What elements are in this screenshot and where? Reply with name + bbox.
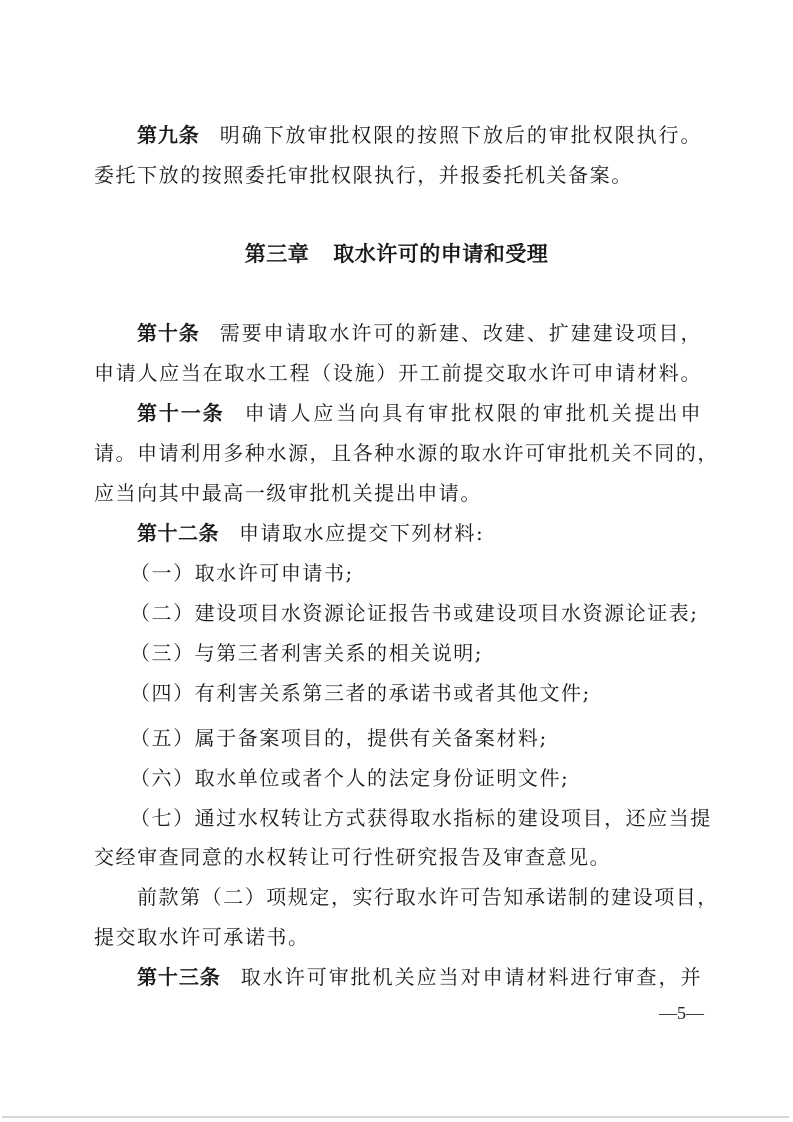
article-11-label: 第十一条 [137,401,225,425]
article-11-line-3: 应当向其中最高一级审批机关提出申请。 [94,473,702,513]
scan-edge-divider [2,1116,789,1118]
document-page: 第九条明确下放审批权限的按照下放后的审批权限执行。 委托下放的按照委托审批权限执… [0,0,793,1122]
article-13-line-1: 第十三条取水许可审批机关应当对申请材料进行审查，并 [94,957,702,997]
article-10-line-2: 申请人应当在取水工程（设施）开工前提交取水许可申请材料。 [94,353,702,393]
article-13-text: 取水许可审批机关应当对申请材料进行审查，并 [241,965,702,989]
article-12-note-line-1: 前款第（二）项规定，实行取水许可告知承诺制的建设项目， [94,877,702,917]
article-9-line-1: 第九条明确下放审批权限的按照下放后的审批权限执行。 [94,115,702,155]
article-12-item-7: （七）通过水权转让方式获得取水指标的建设项目，还应当提 [94,798,702,838]
article-12-line-1: 第十二条申请取水应提交下列材料: [94,513,702,553]
article-12-item-5: （五）属于备案项目的，提供有关备案材料; [94,718,702,758]
article-12-item-4: （四）有利害关系第三者的承诺书或者其他文件; [94,673,702,713]
chapter-title: 取水许可的申请和受理 [333,242,548,266]
article-12-item-7-continued: 交经审查同意的水权转让可行性研究报告及审查意见。 [94,837,702,877]
article-12-label: 第十二条 [137,521,219,545]
article-11-line-2: 请。申请利用多种水源，且各种水源的取水许可审批机关不同的， [94,433,702,473]
article-10-label: 第十条 [137,321,200,345]
article-10-text: 需要申请取水许可的新建、改建、扩建建设项目， [220,321,702,345]
article-9-line-2: 委托下放的按照委托审批权限执行，并报委托机关备案。 [94,155,702,195]
chapter-number: 第三章 [245,242,310,266]
article-12-text: 申请取水应提交下列材料: [239,521,484,545]
article-12-note-line-2: 提交取水许可承诺书。 [94,917,702,957]
article-13-label: 第十三条 [137,965,221,989]
article-11-text: 申请人应当向具有审批权限的审批机关提出申 [245,401,702,425]
article-10-line-1: 第十条需要申请取水许可的新建、改建、扩建建设项目， [94,313,702,353]
page-number: —5— [640,1000,704,1026]
article-12-item-6: （六）取水单位或者个人的法定身份证明文件; [94,758,702,798]
article-11-line-1: 第十一条申请人应当向具有审批权限的审批机关提出申 [94,393,702,433]
article-12-item-3: （三）与第三者利害关系的相关说明; [94,633,702,673]
article-12-item-1: （一）取水许可申请书; [94,553,702,593]
article-9-label: 第九条 [137,123,200,147]
chapter-heading: 第三章取水许可的申请和受理 [0,234,793,274]
article-9-text: 明确下放审批权限的按照下放后的审批权限执行。 [220,123,702,147]
article-12-item-2: （二）建设项目水资源论证报告书或建设项目水资源论证表; [94,593,702,633]
